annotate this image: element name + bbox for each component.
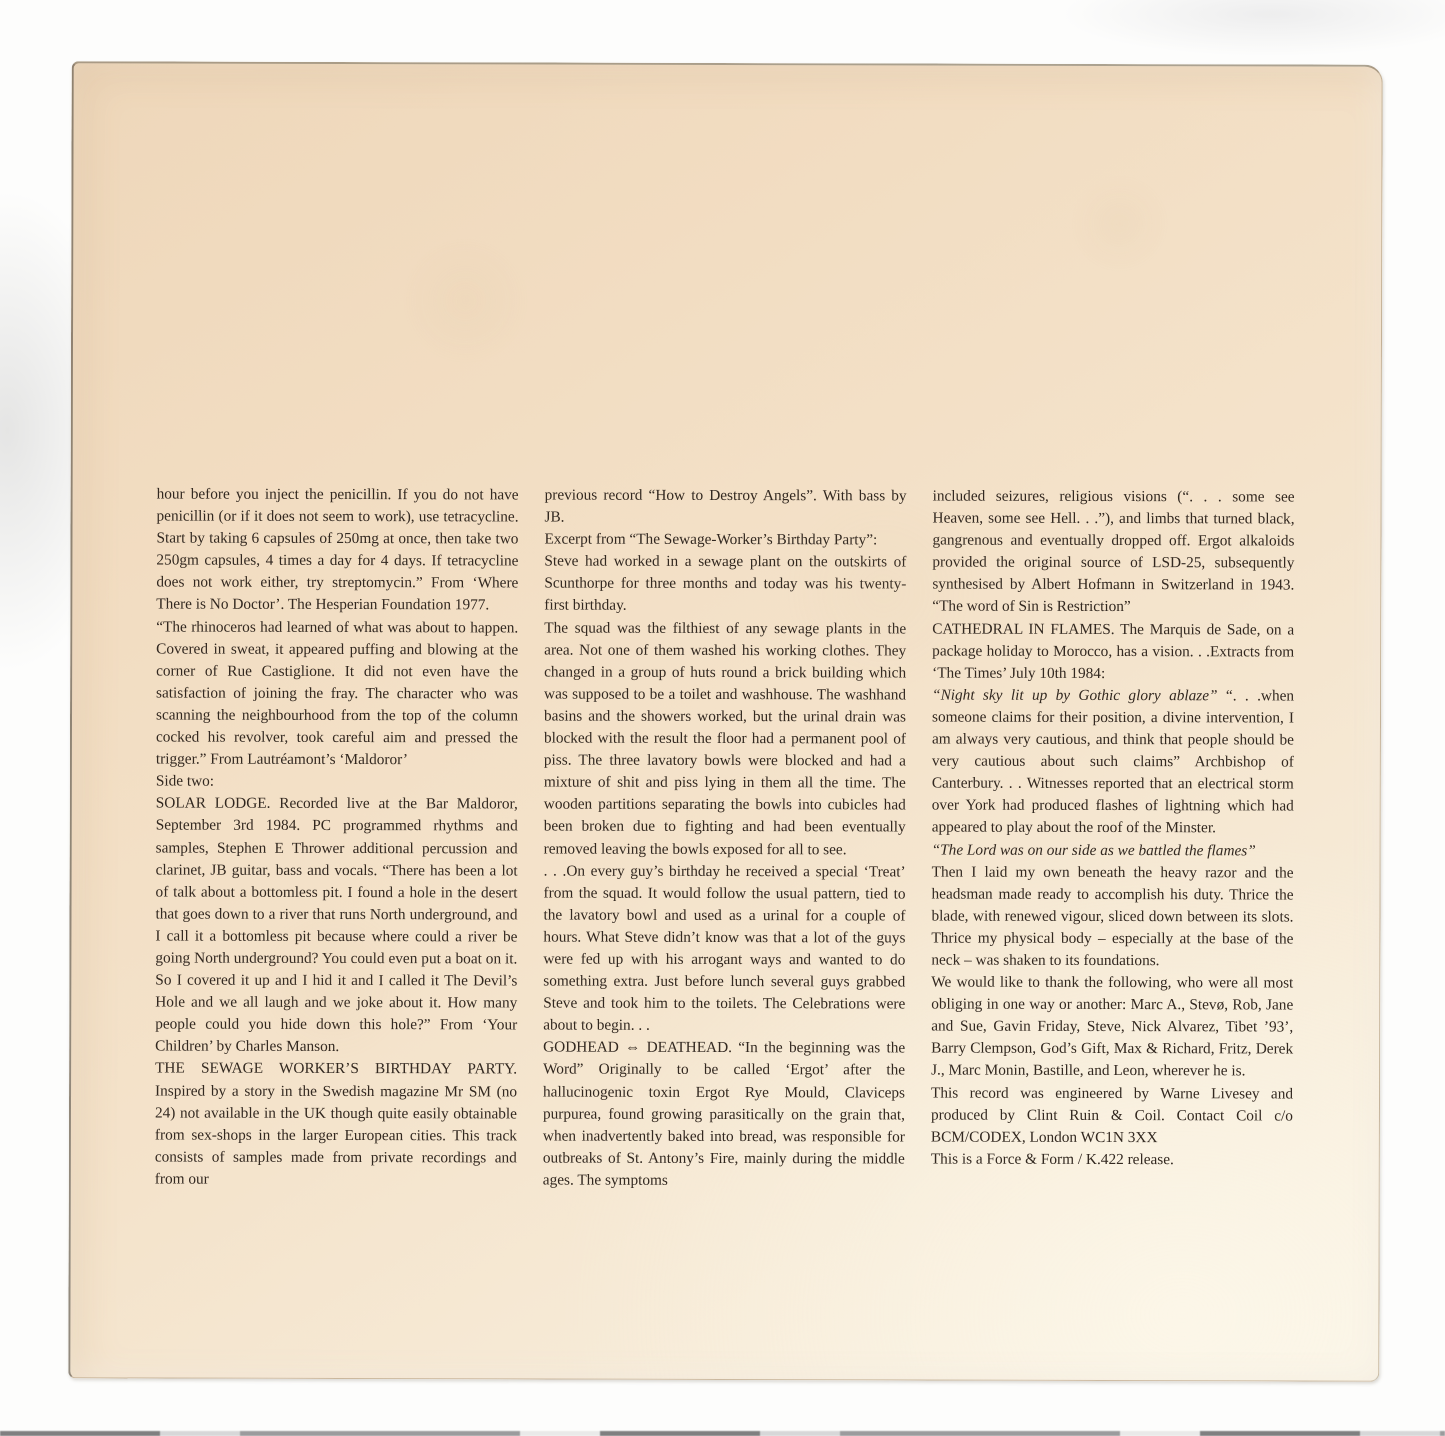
quote-italic: “The Lord was on our side as we battled … <box>932 839 1294 862</box>
paragraph: . . .On every guy’s birthday he received… <box>543 860 905 1038</box>
paragraph: “Night sky lit up by Gothic glory ablaze… <box>932 684 1294 840</box>
paragraph: included seizures, religious visions (“.… <box>932 486 1294 620</box>
credits-paragraph: This record was engineered by Warne Live… <box>931 1082 1293 1149</box>
cathedral-in-flames-note: CATHEDRAL IN FLAMES. The Marquis de Sade… <box>932 618 1294 685</box>
solar-lodge-note: SOLAR LODGE. Recorded live at the Bar Ma… <box>155 793 518 1059</box>
paragraph: hour before you inject the penicillin. I… <box>156 484 518 618</box>
paragraph: “The rhinoceros had learned of what was … <box>156 616 518 772</box>
godhead-deathead-note: GODHEAD ⇔ DEATHEAD. “In the beginning wa… <box>543 1037 905 1193</box>
release-paragraph: This is a Force & Form / K.422 release. <box>931 1148 1293 1171</box>
paragraph-text: “. . .when someone claims for their posi… <box>932 687 1294 837</box>
quote-italic: “Night sky lit up by Gothic glory ablaze… <box>932 686 1218 704</box>
text-column-2: previous record “How to Destroy Angels”.… <box>543 485 907 1193</box>
sewage-workers-birthday-party-note: THE SEWAGE WORKER’S BIRTHDAY PARTY. Insp… <box>155 1058 517 1192</box>
excerpt-heading: Excerpt from “The Sewage-Worker’s Birthd… <box>544 529 906 552</box>
paragraph: previous record “How to Destroy Angels”.… <box>545 485 907 530</box>
side-two-label: Side two: <box>156 771 518 794</box>
text-column-3: included seizures, religious visions (“.… <box>931 486 1295 1194</box>
paragraph: Steve had worked in a sewage plant on th… <box>544 551 906 618</box>
scan-edge-artifact <box>0 1431 1445 1436</box>
record-sleeve-back: hour before you inject the penicillin. I… <box>68 61 1382 1381</box>
text-column-1: hour before you inject the penicillin. I… <box>155 484 519 1192</box>
liner-notes: hour before you inject the penicillin. I… <box>155 484 1295 1194</box>
scan-background: hour before you inject the penicillin. I… <box>0 0 1445 1436</box>
thanks-paragraph: We would like to thank the following, wh… <box>931 972 1293 1083</box>
paragraph: The squad was the filthiest of any sewag… <box>544 617 907 861</box>
paragraph: Then I laid my own beneath the heavy raz… <box>931 861 1293 972</box>
